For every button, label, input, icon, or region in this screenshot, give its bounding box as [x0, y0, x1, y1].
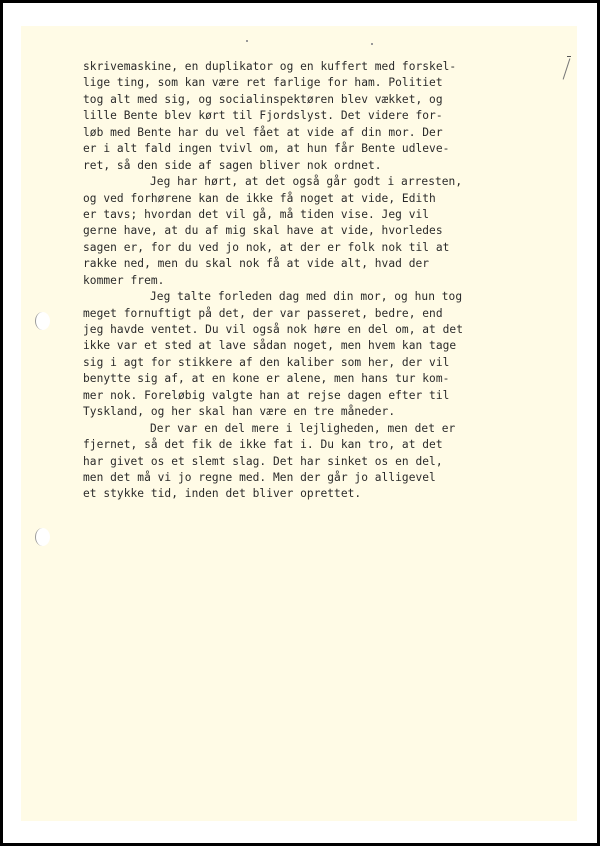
text-line: lille Bente blev kørt til Fjordslyst. De…: [83, 108, 503, 124]
text-line: sig i agt for stikkere af den kaliber so…: [83, 355, 503, 371]
paragraph: Jeg talte forleden dag med din mor, og h…: [83, 289, 503, 421]
punch-hole-icon: [35, 312, 50, 330]
text-line: Jeg talte forleden dag med din mor, og h…: [83, 289, 503, 305]
text-line: har givet os et slemt slag. Det har sink…: [83, 454, 503, 470]
text-line: benytte sig af, at en kone er alene, men…: [83, 371, 503, 387]
text-line: rakke ned, men du skal nok få at vide al…: [83, 256, 503, 272]
text-line: meget fornuftigt på det, der var passere…: [83, 306, 503, 322]
text-line: ikke var et sted at lave sådan noget, me…: [83, 338, 503, 354]
paper-speck: [371, 43, 373, 45]
pencil-mark: [563, 58, 571, 79]
text-line: løb med Bente har du vel fået at vide af…: [83, 125, 503, 141]
text-line: et stykke tid, inden det bliver oprettet…: [83, 486, 503, 502]
text-line: tog alt med sig, og socialinspektøren bl…: [83, 92, 503, 108]
text-line: jeg havde ventet. Du vil også nok høre e…: [83, 322, 503, 338]
text-line: Der var en del mere i lejligheden, men d…: [83, 421, 503, 437]
text-line: sagen er, for du ved jo nok, at der er f…: [83, 240, 503, 256]
text-line: fjernet, så det fik de ikke fat i. Du ka…: [83, 437, 503, 453]
text-line: er tavs; hvordan det vil gå, må tiden vi…: [83, 207, 503, 223]
text-line: gerne have, at du af mig skal have at vi…: [83, 223, 503, 239]
paragraph: Der var en del mere i lejligheden, men d…: [83, 421, 503, 503]
pencil-mark: [567, 56, 571, 57]
text-line: Jeg har hørt, at det også går godt i arr…: [83, 174, 503, 190]
text-line: er i alt fald ingen tvivl om, at hun får…: [83, 141, 503, 157]
text-line: kommer frem.: [83, 273, 503, 289]
text-line: mer nok. Foreløbig valgte han at rejse d…: [83, 388, 503, 404]
text-line: ret, så den side af sagen bliver nok ord…: [83, 158, 503, 174]
paragraph: skrivemaskine, en duplikator og en kuffe…: [83, 59, 503, 174]
letter-body: skrivemaskine, en duplikator og en kuffe…: [83, 59, 503, 503]
text-line: skrivemaskine, en duplikator og en kuffe…: [83, 59, 503, 75]
paragraph: Jeg har hørt, at det også går godt i arr…: [83, 174, 503, 289]
text-line: lige ting, som kan være ret farlige for …: [83, 75, 503, 91]
paper-speck: [246, 40, 248, 42]
text-line: men det må vi jo regne med. Men der går …: [83, 470, 503, 486]
punch-hole-icon: [35, 528, 50, 546]
text-line: Tyskland, og her skal han være en tre må…: [83, 404, 503, 420]
text-line: og ved forhørene kan de ikke få noget at…: [83, 191, 503, 207]
page-frame: skrivemaskine, en duplikator og en kuffe…: [3, 3, 597, 843]
